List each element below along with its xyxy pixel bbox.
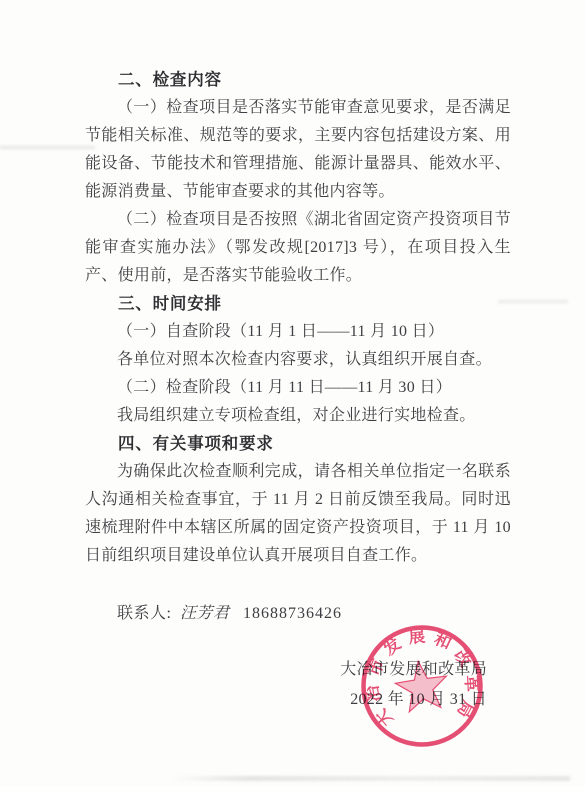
paragraph-selfcheck-stage: （一）自查阶段（11 月 1 日——11 月 10 日） <box>85 318 511 346</box>
svg-text:大: 大 <box>370 705 396 731</box>
svg-text:革: 革 <box>462 675 482 693</box>
paragraph-inspect-detail: 我局组织建立专项检查组，对企业进行实地检查。 <box>85 402 511 430</box>
contact-label: 联系人: <box>117 605 171 622</box>
contact-line: 联系人: 汪芳君 18688736426 <box>117 600 342 628</box>
contact-phone: 18688736426 <box>243 605 342 622</box>
paragraph-inspection-item-2: （二）检查项目是否按照《湖北省固定资产投资项目节能审查实施办法》（鄂发改规[20… <box>85 206 511 290</box>
heading-section-3: 三、时间安排 <box>85 290 511 318</box>
document-page: 二、检查内容 （一）检查项目是否落实节能审查意见要求，是否满足节能相关标准、规范… <box>0 0 585 787</box>
scan-artifact-bottom <box>170 776 570 781</box>
official-seal: 大冶市发展和改革局 <box>357 621 487 751</box>
svg-text:展: 展 <box>408 626 427 647</box>
heading-section-2: 二、检查内容 <box>85 66 511 94</box>
svg-text:局: 局 <box>453 697 478 720</box>
heading-section-4: 四、有关事项和要求 <box>85 430 511 458</box>
paragraph-inspect-stage: （二）检查阶段（11 月 11 日——11 月 30 日） <box>85 374 511 402</box>
scan-artifact-left <box>0 146 95 149</box>
svg-text:发: 发 <box>379 633 405 660</box>
svg-text:市: 市 <box>363 655 388 678</box>
paragraph-selfcheck-detail: 各单位对照本次检查内容要求，认真组织开展自查。 <box>85 346 511 374</box>
paragraph-requirements: 为确保此次检查顺利完成，请各相关单位指定一名联系人沟通相关检查事宜，于 11 月… <box>85 458 511 570</box>
svg-text:改: 改 <box>451 646 477 671</box>
seal-star-icon <box>395 661 446 712</box>
document-body: 二、检查内容 （一）检查项目是否落实节能审查意见要求，是否满足节能相关标准、规范… <box>85 66 511 570</box>
paragraph-inspection-item-1: （一）检查项目是否落实节能审查意见要求，是否满足节能相关标准、规范等的要求，主要… <box>85 94 511 206</box>
contact-name: 汪芳君 <box>180 605 230 622</box>
